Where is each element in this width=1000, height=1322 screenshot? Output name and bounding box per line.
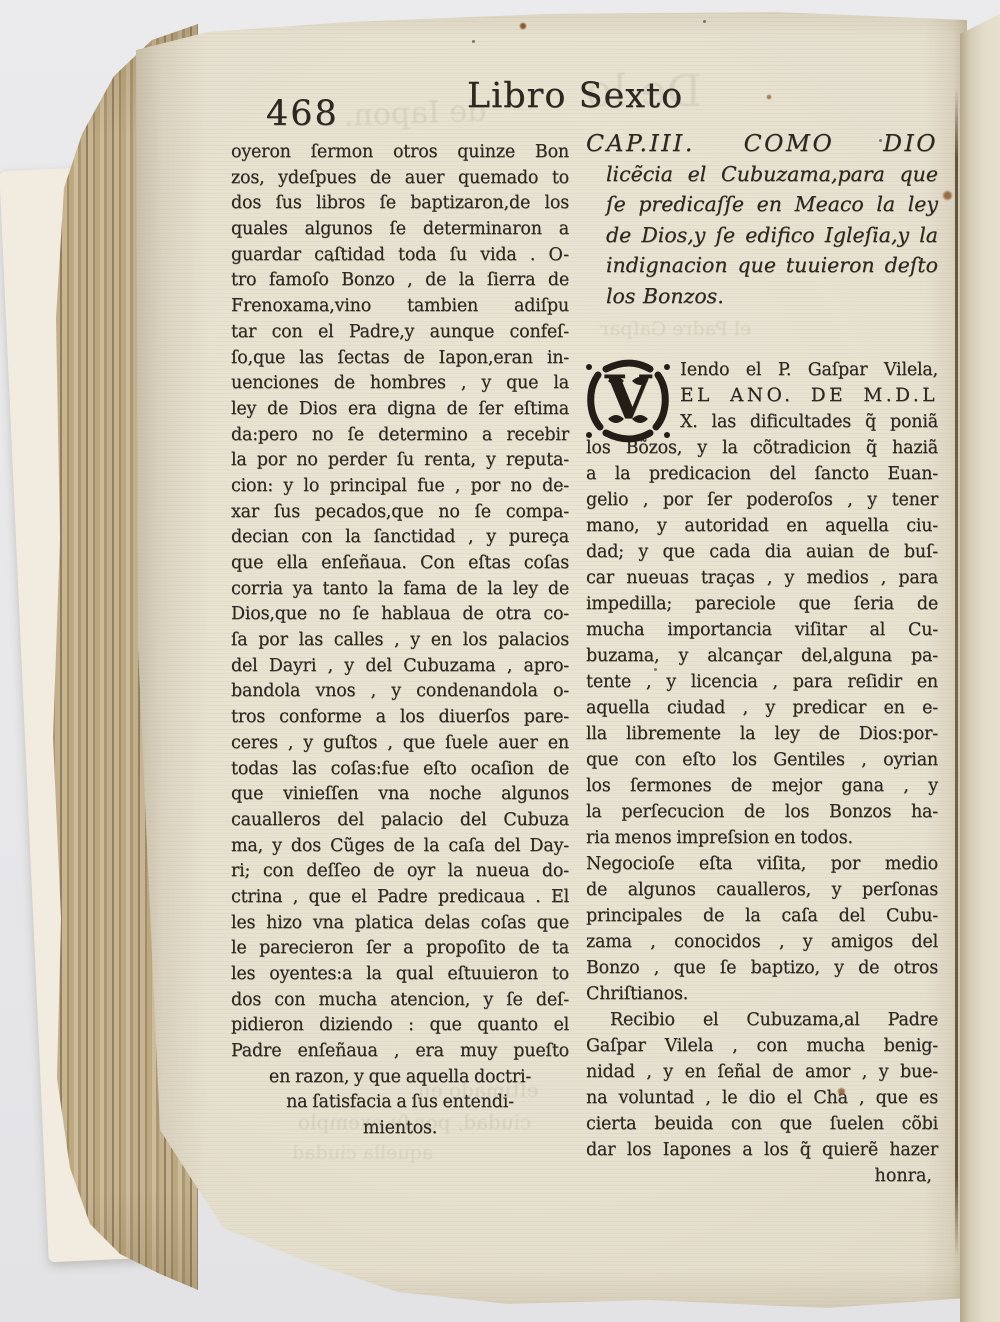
text-line: del Dayri , y del Cubuzama , apro- <box>231 654 569 680</box>
text-line: les oyentes:a la qual eſtuuieron to <box>231 962 569 988</box>
bleedthrough-text: aquella ciudad <box>292 1142 433 1164</box>
drop-cap-letter: V <box>605 363 652 433</box>
text-line: ma, y dos Cũges de la caſa del Day- <box>231 834 569 860</box>
text-line: ceres , y guſtos , que ſuele auer en <box>231 731 569 757</box>
body-lines: Iendo el P. Gaſpar Vilela,EL ANO. DE M.D… <box>586 357 938 1163</box>
foxing-spot <box>519 22 527 30</box>
text-line: que ella enſeñaua. Con eſtas coſas <box>231 551 569 577</box>
ink-speck <box>331 259 334 262</box>
text-line: tros conforme a los diuerſos pare- <box>231 705 569 731</box>
text-line: mucha importancia viſitar al Cu- <box>586 617 938 643</box>
text-line: los ſermones de mejor gana , y <box>586 773 938 799</box>
chapter-heading: CAP.III. COMO DIOlicẽcia el Cubuzama,par… <box>586 128 938 311</box>
text-line: xar ſus pecados,que no ſe compa- <box>231 500 569 526</box>
text-line: na ſatisfacia a ſus entendi- <box>231 1090 569 1116</box>
heading-line: licẽcia el Cubuzama,para que <box>606 159 938 190</box>
text-line: que con eſto los Gentiles , oyrian <box>586 747 938 773</box>
heading-line: indignacion que tuuieron deſto <box>606 250 938 281</box>
text-line: dar los Iapones a los q̃ quierẽ hazer <box>586 1137 938 1163</box>
text-line: les hizo vna platica delas coſas que <box>231 911 569 937</box>
text-line: le parecieron ſer a propoſito de ta <box>231 936 569 962</box>
foxing-spot <box>942 190 953 201</box>
text-line: de algunos caualleros, y perſonas <box>586 877 938 903</box>
text-line: bandola vnos , y condenandola o- <box>231 679 569 705</box>
heading-line: CAP.III. COMO DIO <box>586 128 938 159</box>
text-line: guardar caſtidad toda ſu vida . O- <box>231 243 569 269</box>
text-line: ria menos impreſsion en todos. <box>586 825 938 851</box>
text-line: la por no perder ſu renta, y reputa- <box>231 448 569 474</box>
foxing-spot <box>766 94 772 100</box>
text-line: Gaſpar Vilela , con mucha benig- <box>586 1033 938 1059</box>
text-line: zos, ydeſpues de auer quemado to <box>231 166 569 192</box>
text-line: principales de la caſa del Cubu- <box>586 903 938 929</box>
running-head-title: Libro Sexto <box>160 76 990 116</box>
text-line: ley de Dios era digna de ſer eſtima <box>231 397 569 423</box>
text-line: da:pero no ſe determino a recebir <box>231 423 569 449</box>
woodcut-initial: V <box>584 359 672 443</box>
text-line: lla libremente la ley de Dios:por- <box>586 721 938 747</box>
text-line: car nueuas traças , y medios , para <box>586 565 938 591</box>
ink-speck <box>879 139 882 142</box>
ink-speck <box>654 668 657 671</box>
right-text-column: CAP.III. COMO DIOlicẽcia el Cubuzama,par… <box>586 128 938 1189</box>
text-line: pidieron diziendo : que quanto el <box>231 1013 569 1039</box>
text-line: ſa por las calles , y en los palacios <box>231 628 569 654</box>
text-line: cierta beuida con que ſuelen cõbi <box>586 1111 938 1137</box>
heading-line: de Dios,y ſe edifico Igleſia,y la <box>606 220 938 251</box>
text-line: Iendo el P. Gaſpar Vilela, <box>680 357 938 383</box>
text-line: impedilla; pareciole que ſeria de <box>586 591 938 617</box>
foxing-spot <box>837 1087 846 1096</box>
heading-line: los Bonzos. <box>606 281 938 312</box>
text-line: tar con el Padre,y aunque confeſ- <box>231 320 569 346</box>
text-line: dos ſus libros ſe baptizaron,de los <box>231 191 569 217</box>
catchword: honra, <box>586 1163 938 1189</box>
text-line: en razon, y que aquella doctri- <box>231 1065 569 1091</box>
text-line: zama , conocidos , y amigos del <box>586 929 938 955</box>
text-line: caualleros del palacio del Cubuza <box>231 808 569 834</box>
text-line: Frenoxama,vino tambien adiſpu <box>231 294 569 320</box>
text-line: X. las dificultades q̃ poniã <box>680 409 938 435</box>
text-line: Bonzo , que ſe baptizo, y de otros <box>586 955 938 981</box>
facing-page-sliver <box>960 0 1000 1322</box>
book-photo-scene: De lo de Iapon. el Padre Gaſpar eſtimado… <box>0 0 1000 1322</box>
text-line: gelio , por ſer poderoſos , y tener <box>586 487 938 513</box>
text-line: quales algunos ſe determinaron a <box>231 217 569 243</box>
ink-speck <box>703 20 706 23</box>
text-line: oyeron ſermon otros quinze Bon <box>231 140 569 166</box>
chapter-body: V Iendo el P. Gaſpar Vilela,EL ANO. DE M… <box>586 357 938 1189</box>
text-line: Dios,que no ſe hablaua de otra co- <box>231 602 569 628</box>
text-line: corria ya tanto la fama de la ley de <box>231 577 569 603</box>
left-text-column: oyeron ſermon otros quinze Bonzos, ydeſp… <box>231 140 569 1142</box>
text-line: buzama, y alcançar del,alguna pa- <box>586 643 938 669</box>
text-line: tente , y licencia , para reſidir en <box>586 669 938 695</box>
text-line: uenciones de hombres , y que la <box>231 371 569 397</box>
text-line: que vinieſſen vna noche algunos <box>231 782 569 808</box>
text-line: ſo,que las ſectas de Iapon,eran in- <box>231 346 569 372</box>
text-line: la perſecucion de los Bonzos ha- <box>586 799 938 825</box>
text-line: cion: y lo principal fue , por no de- <box>231 474 569 500</box>
text-line: Recibio el Cubuzama,al Padre <box>586 1007 938 1033</box>
ink-speck <box>472 40 475 43</box>
text-line: decian con la ſanctidad , y pureça <box>231 525 569 551</box>
gutter-shadow-line <box>955 88 958 1258</box>
text-line: na voluntad , le dio el Cha , que es <box>586 1085 938 1111</box>
text-line: todas las coſas:fue eſto ocaſion de <box>231 757 569 783</box>
text-line: dad; y que cada dia auian de buſ- <box>586 539 938 565</box>
heading-line: ſe predicaſſe en Meaco la ley <box>606 189 938 220</box>
text-line: Padre enſeñaua , era muy pueſto <box>231 1039 569 1065</box>
text-line: a la predicacion del ſancto Euan- <box>586 461 938 487</box>
text-line: ctrina , que el Padre predicaua . El <box>231 885 569 911</box>
text-line: nidad , y en ſeñal de amor , y bue- <box>586 1059 938 1085</box>
text-line: tro famoſo Bonzo , de la ſierra de <box>231 268 569 294</box>
text-line: aquella ciudad , y predicar en e- <box>586 695 938 721</box>
text-line: Chriſtianos. <box>586 981 938 1007</box>
text-line: ri; con deſſeo de oyr la nueua do- <box>231 859 569 885</box>
text-line: Negocioſe eſta viſita, por medio <box>586 851 938 877</box>
text-line: dos con mucha atencion, y ſe deſ- <box>231 988 569 1014</box>
text-line: mano, y autoridad en aquella ciu- <box>586 513 938 539</box>
text-line: EL ANO. DE M.D.L <box>680 383 938 409</box>
text-line: mientos. <box>231 1116 569 1142</box>
